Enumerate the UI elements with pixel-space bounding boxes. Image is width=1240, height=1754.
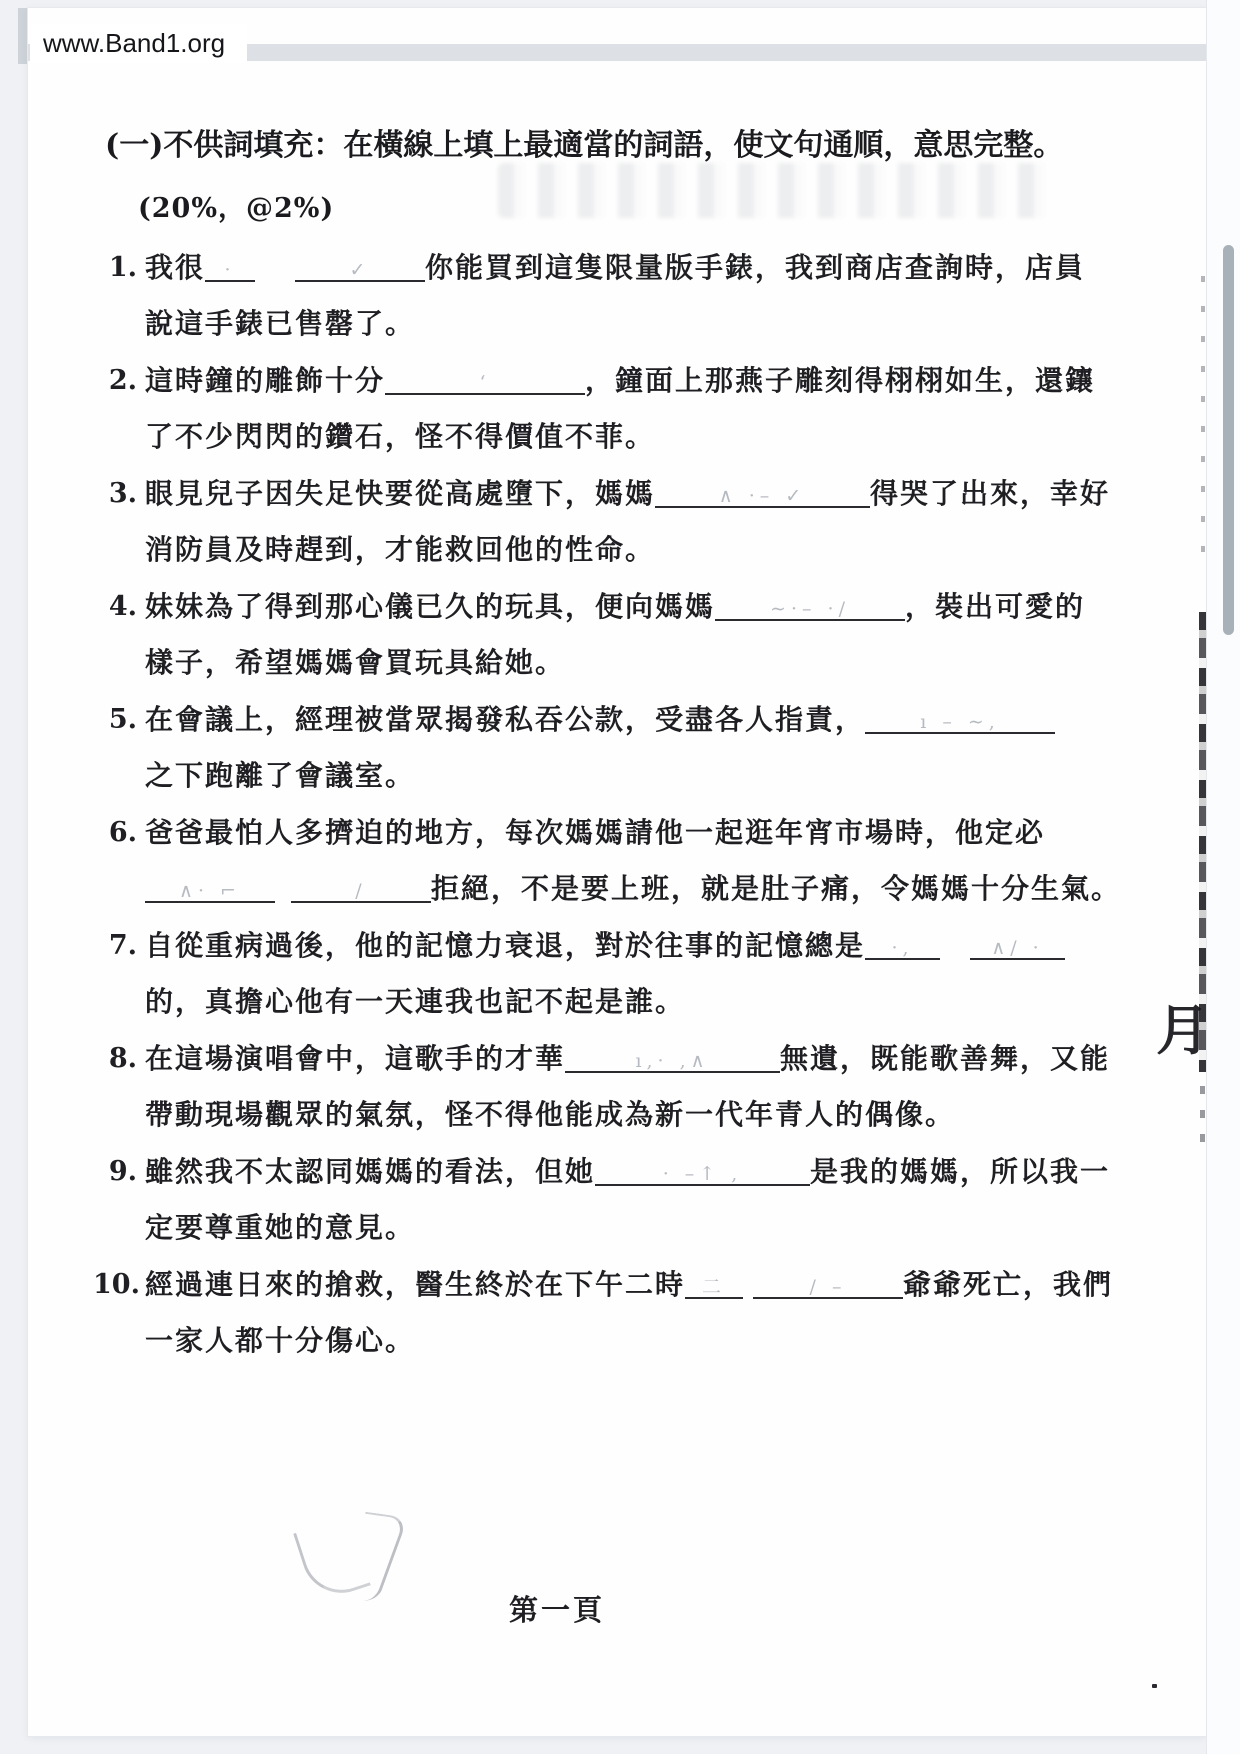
question-number: 3. (93, 466, 137, 522)
question-number: 6. (93, 805, 137, 861)
answer-blank: / – (753, 1269, 903, 1299)
pencil-mark: ✓ (295, 260, 425, 280)
answer-blank: ✓ (295, 252, 425, 282)
question-text: 在這場演唱會中，這歌手的才華ı,· ,∧無遺，既能歌善舞，又能帶動現場觀眾的氣氛… (145, 1031, 1155, 1143)
question-item: 4.妹妹為了得到那心儀已久的玩具，便向媽媽∼·– ·/，裝出可愛的樣子，希望媽媽… (93, 579, 1178, 691)
text-segment: 說這手錶已售罄了。 (145, 307, 415, 340)
question-number: 5. (93, 692, 137, 748)
text-segment: 定要尊重她的意見。 (145, 1211, 415, 1244)
pencil-mark: ∼·– ·/ (715, 599, 905, 619)
answer-blank: ∧ ·– ✓ (655, 478, 870, 508)
answer-blank: ı – ∼, (865, 704, 1055, 734)
question-text: 這時鐘的雕飾十分ʻ，鐘面上那燕子雕刻得栩栩如生，還鑲了不少閃閃的鑽石，怪不得價值… (145, 353, 1155, 465)
pencil-mark: ı – ∼, (865, 712, 1055, 732)
text-segment: 眼見兒子因失足快要從高處墮下，媽媽 (145, 477, 655, 510)
answer-blank: ∧· ⌐ (145, 873, 275, 903)
question-item: 10.經過連日來的搶救，醫生終於在下午二時二/ –爺爺死亡，我們一家人都十分傷心… (93, 1257, 1178, 1369)
question-number: 10. (93, 1257, 137, 1313)
answer-blank: ·, (865, 930, 940, 960)
watermark-badge: www.Band1.org (30, 24, 247, 63)
question-number: 9. (93, 1144, 137, 1200)
answer-blank: ʻ (385, 365, 585, 395)
question-item: 6.爸爸最怕人多擠迫的地方，每次媽媽請他一起逛年宵市場時，他定必∧· ⌐/拒絕，… (93, 805, 1178, 917)
blank-gap (275, 888, 291, 898)
blank-gap (940, 945, 970, 955)
text-segment: 的，真擔心他有一天連我也記不起是誰。 (145, 985, 685, 1018)
text-segment: 爺爺死亡，我們 (903, 1268, 1113, 1301)
question-text: 眼見兒子因失足快要從高處墮下，媽媽∧ ·– ✓得哭了出來，幸好消防員及時趕到，才… (145, 466, 1155, 578)
text-segment: 拒絕，不是要上班，就是肚子痛，令媽媽十分生氣。 (431, 872, 1121, 905)
pencil-mark: · –↑ , (595, 1164, 810, 1184)
answer-blank: ∼·– ·/ (715, 591, 905, 621)
scan-artifact (1199, 612, 1206, 1072)
text-segment: 我很 (145, 251, 205, 284)
text-segment: ，裝出可愛的 (905, 590, 1085, 623)
pencil-mark: ∧· ⌐ (145, 881, 275, 901)
pencil-mark: / – (753, 1277, 903, 1297)
question-number: 1. (93, 240, 137, 296)
question-number: 7. (93, 918, 137, 974)
answer-blank: 二 (685, 1269, 743, 1299)
text-segment: 無遺，既能歌善舞，又能 (780, 1042, 1110, 1075)
question-item: 1.我很·✓你能買到這隻限量版手錶，我到商店查詢時，店員說這手錶已售罄了。 (93, 240, 1178, 352)
page-footer: 第一頁 (28, 1588, 1086, 1629)
answer-blank: ı,· ,∧ (565, 1043, 780, 1073)
scan-artifact (1200, 1086, 1205, 1156)
question-item: 2.這時鐘的雕飾十分ʻ，鐘面上那燕子雕刻得栩栩如生，還鑲了不少閃閃的鑽石，怪不得… (93, 353, 1178, 465)
text-segment: 一家人都十分傷心。 (145, 1324, 415, 1357)
pencil-mark: ∧/ · (970, 938, 1065, 958)
answer-blank: ∧/ · (970, 930, 1065, 960)
question-item: 5.在會議上，經理被當眾揭發私吞公款，受盡各人指責，ı – ∼,之下跑離了會議室… (93, 692, 1178, 804)
text-segment: 這時鐘的雕飾十分 (145, 364, 385, 397)
text-segment: 是我的媽媽，所以我一 (810, 1155, 1110, 1188)
pencil-mark: ·, (865, 938, 940, 958)
answer-blank: · (205, 252, 255, 282)
blank-gap (255, 267, 295, 277)
text-segment: 之下跑離了會議室。 (145, 759, 415, 792)
section-title: (一)不供詞填充：在橫線上填上最適當的詞語，使文句通順，意思完整。 (105, 120, 1125, 164)
text-segment: 了不少閃閃的鑽石，怪不得價值不菲。 (145, 420, 655, 453)
question-list: 1.我很·✓你能買到這隻限量版手錶，我到商店查詢時，店員說這手錶已售罄了。2.這… (93, 240, 1178, 1370)
question-text: 在會議上，經理被當眾揭發私吞公款，受盡各人指責，ı – ∼,之下跑離了會議室。 (145, 692, 1155, 804)
text-segment: 在會議上，經理被當眾揭發私吞公款，受盡各人指責， (145, 703, 865, 736)
text-segment: 你能買到這隻限量版手錶，我到商店查詢時，店員 (425, 251, 1085, 284)
question-text: 我很·✓你能買到這隻限量版手錶，我到商店查詢時，店員說這手錶已售罄了。 (145, 240, 1155, 352)
pencil-mark: / (291, 881, 431, 901)
text-segment: 爸爸最怕人多擠迫的地方，每次媽媽請他一起逛年宵市場時，他定必 (145, 816, 1045, 849)
question-number: 4. (93, 579, 137, 635)
scrollbar-track[interactable] (1206, 0, 1240, 1754)
answer-blank: · –↑ , (595, 1156, 810, 1186)
text-segment: 得哭了出來，幸好 (870, 477, 1110, 510)
answer-blank: / (291, 873, 431, 903)
question-item: 7.自從重病過後，他的記憶力衰退，對於往事的記憶總是·,∧/ ·的，真擔心他有一… (93, 918, 1178, 1030)
text-segment: 妹妹為了得到那心儀已久的玩具，便向媽媽 (145, 590, 715, 623)
question-item: 8.在這場演唱會中，這歌手的才華ı,· ,∧無遺，既能歌善舞，又能帶動現場觀眾的… (93, 1031, 1178, 1143)
question-text: 爸爸最怕人多擠迫的地方，每次媽媽請他一起逛年宵市場時，他定必∧· ⌐/拒絕，不是… (145, 805, 1155, 917)
question-number: 2. (93, 353, 137, 409)
text-segment: 樣子，希望媽媽會買玩具給她。 (145, 646, 565, 679)
text-segment: 雖然我不太認同媽媽的看法，但她 (145, 1155, 595, 1188)
document-viewer: www.Band1.org (一)不供詞填充：在橫線上填上最適當的詞語，使文句通… (0, 0, 1240, 1754)
pencil-mark: 二 (685, 1277, 743, 1297)
question-number: 8. (93, 1031, 137, 1087)
question-text: 經過連日來的搶救，醫生終於在下午二時二/ –爺爺死亡，我們一家人都十分傷心。 (145, 1257, 1155, 1369)
text-segment: 在這場演唱會中，這歌手的才華 (145, 1042, 565, 1075)
question-text: 雖然我不太認同媽媽的看法，但她· –↑ ,是我的媽媽，所以我一定要尊重她的意見。 (145, 1144, 1155, 1256)
bleed-through-ghost (498, 163, 1058, 218)
blank-gap (743, 1284, 753, 1294)
text-segment: ，鐘面上那燕子雕刻得栩栩如生，還鑲 (585, 364, 1095, 397)
question-item: 9.雖然我不太認同媽媽的看法，但她· –↑ ,是我的媽媽，所以我一定要尊重她的意… (93, 1144, 1178, 1256)
question-item: 3.眼見兒子因失足快要從高處墮下，媽媽∧ ·– ✓得哭了出來，幸好消防員及時趕到… (93, 466, 1178, 578)
watermark-text: www.Band1.org (43, 28, 225, 58)
text-segment: 帶動現場觀眾的氣氛，怪不得他能成為新一代年青人的偶像。 (145, 1098, 955, 1131)
scan-speck (1152, 1684, 1157, 1688)
scanned-page: www.Band1.org (一)不供詞填充：在橫線上填上最適當的詞語，使文句通… (28, 8, 1206, 1736)
pencil-mark: ʻ (385, 373, 585, 393)
scrollbar-thumb[interactable] (1223, 245, 1234, 635)
text-segment: 消防員及時趕到，才能救回他的性命。 (145, 533, 655, 566)
score-note: (20%，@2%) (138, 186, 334, 225)
pencil-mark: ∧ ·– ✓ (655, 486, 870, 506)
question-text: 自從重病過後，他的記憶力衰退，對於往事的記憶總是·,∧/ ·的，真擔心他有一天連… (145, 918, 1155, 1030)
pencil-mark: ı,· ,∧ (565, 1051, 780, 1071)
question-text: 妹妹為了得到那心儀已久的玩具，便向媽媽∼·– ·/，裝出可愛的樣子，希望媽媽會買… (145, 579, 1155, 691)
text-segment: 自從重病過後，他的記憶力衰退，對於往事的記憶總是 (145, 929, 865, 962)
scan-artifact (1201, 276, 1205, 576)
pencil-mark: · (205, 260, 255, 280)
text-segment: 經過連日來的搶救，醫生終於在下午二時 (145, 1268, 685, 1301)
